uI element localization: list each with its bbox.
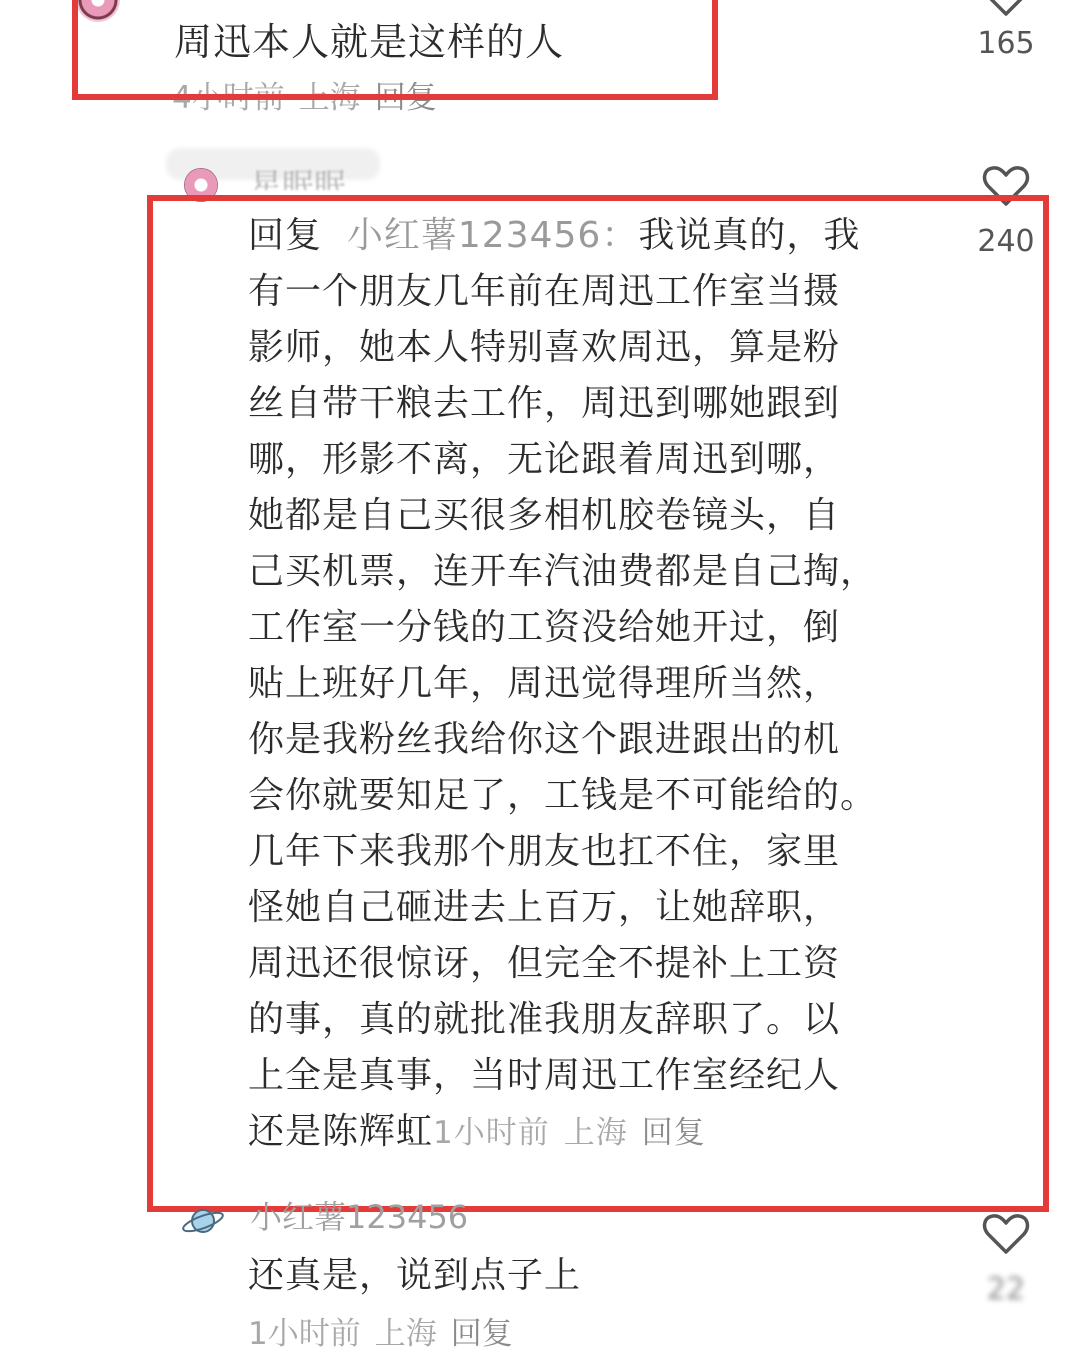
comment-line: 会你就要知足了，工钱是不可能给的。: [248, 768, 938, 824]
planet-avatar-icon[interactable]: [180, 1204, 226, 1238]
comment-meta: 1小时前上海回复: [248, 1308, 527, 1353]
reply-to-username[interactable]: 小红薯123456：: [347, 215, 638, 256]
comment-username[interactable]: 星眠眠: [250, 160, 346, 190]
reply-button[interactable]: 回复: [642, 1115, 706, 1151]
comment-time: 1小时前: [248, 1316, 361, 1352]
comment-line: 几年下来我那个朋友也扛不住，家里: [248, 824, 938, 880]
comment-meta: 4小时前上海回复: [172, 72, 451, 117]
reply-button[interactable]: 回复: [375, 80, 437, 116]
comment-time: 1小时前: [433, 1115, 550, 1151]
comment-line: 还是陈辉虹1小时前上海回复: [248, 1104, 938, 1161]
like-area: 165: [974, 0, 1038, 61]
heart-icon[interactable]: [981, 0, 1031, 18]
reply-button[interactable]: 回复: [451, 1316, 513, 1352]
comment-line: 上全是真事，当时周迅工作室经纪人: [248, 1048, 938, 1104]
like-count: 165: [974, 26, 1038, 61]
comment-location: 上海: [375, 1316, 437, 1352]
like-count: 240: [974, 224, 1038, 259]
comment-line: 贴上班好几年，周迅觉得理所当然，: [248, 656, 938, 712]
comment-line: 工作室一分钱的工资没给她开过，倒: [248, 600, 938, 656]
comment-line: 你是我粉丝我给你这个跟进跟出的机: [248, 712, 938, 768]
comment-location: 上海: [299, 80, 361, 116]
comment-line: 回复 小红薯123456：我说真的，我: [248, 208, 938, 264]
comment-body: 回复 小红薯123456：我说真的，我 有一个朋友几年前在周迅工作室当摄 影师，…: [248, 208, 938, 1161]
comment-line: 她都是自己买很多相机胶卷镜头，自: [248, 488, 938, 544]
comment-line: 丝自带干粮去工作，周迅到哪她跟到: [248, 376, 938, 432]
like-count: 22: [974, 1272, 1038, 1307]
reply-prefix: 回复: [248, 215, 322, 256]
comment-line: 影师，她本人特别喜欢周迅，算是粉: [248, 320, 938, 376]
comment-location: 上海: [564, 1115, 628, 1151]
user-avatar[interactable]: [76, 0, 120, 22]
comment-username[interactable]: 小红薯123456: [250, 1192, 468, 1238]
like-area: 240: [974, 164, 1038, 259]
user-avatar[interactable]: [184, 168, 218, 202]
like-area: 22: [974, 1212, 1038, 1307]
comment-meta: 1小时前上海回复: [433, 1115, 720, 1151]
comment-line: 哪，形影不离，无论跟着周迅到哪，: [248, 432, 938, 488]
comment-text: 周迅本人就是这样的人: [174, 14, 564, 70]
comment-line: 己买机票，连开车汽油费都是自己掏，: [248, 544, 938, 600]
comment-line: 有一个朋友几年前在周迅工作室当摄: [248, 264, 938, 320]
heart-icon[interactable]: [981, 1212, 1031, 1256]
comment-line: 周迅还很惊讶，但完全不提补上工资: [248, 936, 938, 992]
comment-line: 的事，真的就批准我朋友辞职了。以: [248, 992, 938, 1048]
comment-time: 4小时前: [172, 80, 285, 116]
comment-line: 怪她自己砸进去上百万，让她辞职，: [248, 880, 938, 936]
comment-text: 还真是，说到点子上: [248, 1248, 581, 1304]
heart-icon[interactable]: [981, 164, 1031, 208]
